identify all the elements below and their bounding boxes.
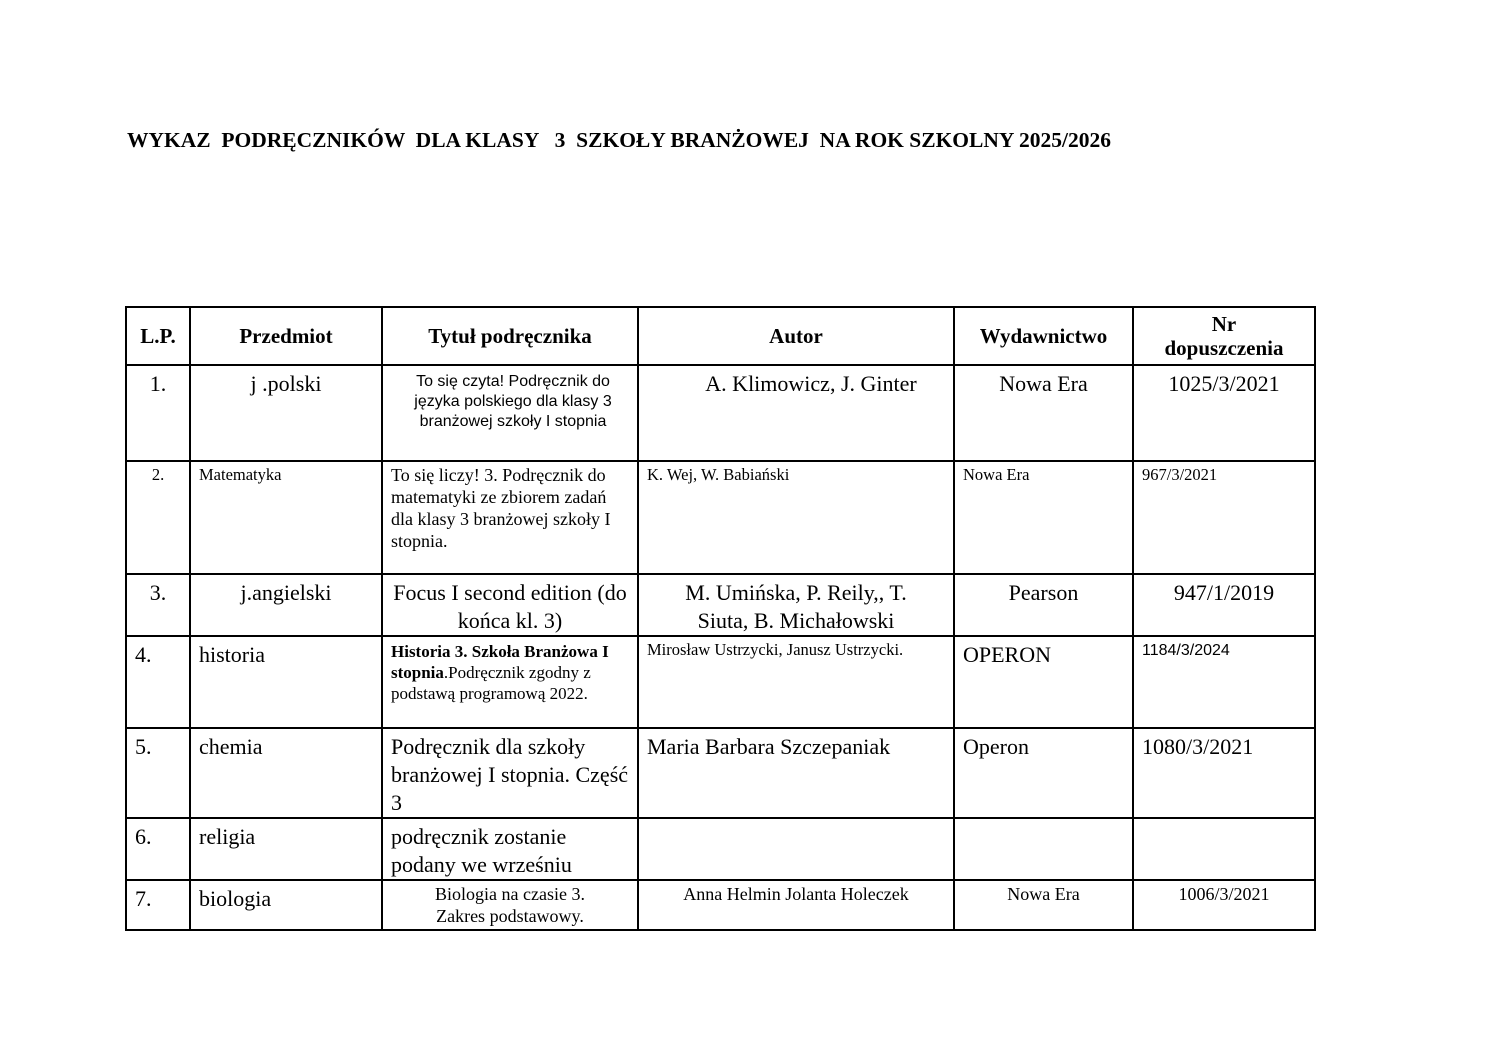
- cell-approval: 1184/3/2024: [1133, 636, 1315, 728]
- cell-lp: 2.: [126, 461, 190, 574]
- cell-lp: 3.: [126, 574, 190, 636]
- cell-subject: biologia: [190, 880, 382, 930]
- header-approval-line1: Nr: [1134, 312, 1314, 336]
- cell-author: Mirosław Ustrzycki, Janusz Ustrzycki.: [638, 636, 954, 728]
- cell-lp: 4.: [126, 636, 190, 728]
- table-header-row: L.P. Przedmiot Tytuł podręcznika Autor W…: [126, 307, 1315, 365]
- cell-publisher: OPERON: [954, 636, 1133, 728]
- cell-subject: historia: [190, 636, 382, 728]
- cell-author: [638, 818, 954, 880]
- cell-lp: 1.: [126, 365, 190, 461]
- cell-approval: 947/1/2019: [1133, 574, 1315, 636]
- cell-publisher: Pearson: [954, 574, 1133, 636]
- cell-publisher: [954, 818, 1133, 880]
- document-title: WYKAZ PODRĘCZNIKÓW DLA KLASY 3 SZKOŁY BR…: [127, 128, 1111, 153]
- cell-subject: religia: [190, 818, 382, 880]
- cell-title: To się liczy! 3. Podręcznik do matematyk…: [382, 461, 638, 574]
- cell-title: podręcznik zostanie podany we wrześniu: [382, 818, 638, 880]
- header-title: Tytuł podręcznika: [382, 307, 638, 365]
- cell-title: Historia 3. Szkoła Branżowa I stopnia.Po…: [382, 636, 638, 728]
- cell-author: A. Klimowicz, J. Ginter: [638, 365, 954, 461]
- header-lp: L.P.: [126, 307, 190, 365]
- cell-publisher: Nowa Era: [954, 461, 1133, 574]
- cell-publisher: Nowa Era: [954, 880, 1133, 930]
- cell-subject: j.angielski: [190, 574, 382, 636]
- cell-subject: chemia: [190, 728, 382, 818]
- textbook-table: L.P. Przedmiot Tytuł podręcznika Autor W…: [125, 306, 1316, 931]
- cell-author: K. Wej, W. Babiański: [638, 461, 954, 574]
- cell-approval: 1025/3/2021: [1133, 365, 1315, 461]
- header-subject: Przedmiot: [190, 307, 382, 365]
- cell-approval: 1006/3/2021: [1133, 880, 1315, 930]
- table-row: 2. Matematyka To się liczy! 3. Podręczni…: [126, 461, 1315, 574]
- table-row: 3. j.angielski Focus I second edition (d…: [126, 574, 1315, 636]
- header-approval-line2: dopuszczenia: [1134, 336, 1314, 360]
- header-publisher: Wydawnictwo: [954, 307, 1133, 365]
- cell-approval: [1133, 818, 1315, 880]
- cell-subject: Matematyka: [190, 461, 382, 574]
- cell-title: Podręcznik dla szkoły branżowej I stopni…: [382, 728, 638, 818]
- table-row: 5. chemia Podręcznik dla szkoły branżowe…: [126, 728, 1315, 818]
- table-row: 6. religia podręcznik zostanie podany we…: [126, 818, 1315, 880]
- cell-title: Focus I second edition (do końca kl. 3): [382, 574, 638, 636]
- table-row: 1. j .polski To się czyta! Podręcznik do…: [126, 365, 1315, 461]
- cell-title: To się czyta! Podręcznik do języka polsk…: [382, 365, 638, 461]
- cell-approval: 1080/3/2021: [1133, 728, 1315, 818]
- cell-author: Maria Barbara Szczepaniak: [638, 728, 954, 818]
- table-row: 4. historia Historia 3. Szkoła Branżowa …: [126, 636, 1315, 728]
- header-approval: Nr dopuszczenia: [1133, 307, 1315, 365]
- cell-subject: j .polski: [190, 365, 382, 461]
- cell-approval: 967/3/2021: [1133, 461, 1315, 574]
- cell-lp: 6.: [126, 818, 190, 880]
- cell-publisher: Operon: [954, 728, 1133, 818]
- header-author: Autor: [638, 307, 954, 365]
- cell-lp: 5.: [126, 728, 190, 818]
- cell-lp: 7.: [126, 880, 190, 930]
- cell-author: M. Umińska, P. Reily,, T. Siuta, B. Mich…: [638, 574, 954, 636]
- cell-title: Biologia na czasie 3. Zakres podstawowy.: [382, 880, 638, 930]
- cell-publisher: Nowa Era: [954, 365, 1133, 461]
- cell-author: Anna Helmin Jolanta Holeczek: [638, 880, 954, 930]
- table-row: 7. biologia Biologia na czasie 3. Zakres…: [126, 880, 1315, 930]
